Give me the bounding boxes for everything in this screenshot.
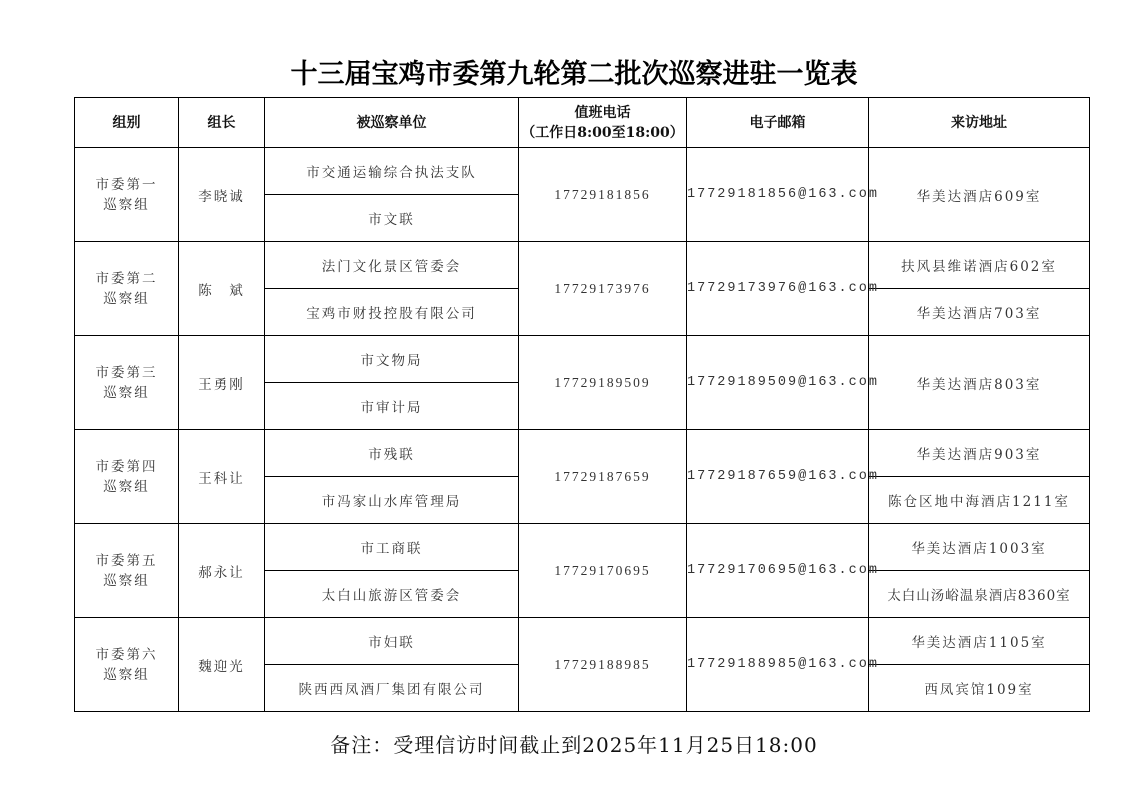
group-suffix: 巡察组 — [75, 195, 178, 215]
address-cell: 华美达酒店1105室 — [869, 618, 1090, 665]
header-address: 来访地址 — [869, 98, 1090, 148]
group-cell: 市委第三 巡察组 — [75, 336, 179, 430]
page-title: 十三届宝鸡市委第九轮第二批次巡察进驻一览表 — [0, 52, 1148, 91]
group-suffix: 巡察组 — [75, 383, 178, 403]
unit-cell: 市残联 — [265, 430, 519, 477]
leader-cell: 王科让 — [179, 430, 265, 524]
header-email: 电子邮箱 — [687, 98, 869, 148]
group-cell: 市委第一 巡察组 — [75, 148, 179, 242]
address-cell: 陈仓区地中海酒店1211室 — [869, 477, 1090, 524]
group-cell: 市委第二 巡察组 — [75, 242, 179, 336]
table-row: 市委第六 巡察组 魏迎光 市妇联 17729188985 17729188985… — [75, 618, 1090, 665]
leader-cell: 郝永让 — [179, 524, 265, 618]
address-cell: 华美达酒店903室 — [869, 430, 1090, 477]
unit-cell: 市工商联 — [265, 524, 519, 571]
unit-cell: 太白山旅游区管委会 — [265, 571, 519, 618]
header-phone: 值班电话 （工作日8:00至18:00） — [519, 98, 687, 148]
address-cell: 扶风县维诺酒店602室 — [869, 242, 1090, 289]
address-cell: 太白山汤峪温泉酒店8360室 — [869, 571, 1090, 618]
email-cell: 17729173976@163.com — [687, 242, 869, 336]
group-name: 市委第三 — [75, 363, 178, 383]
group-cell: 市委第四 巡察组 — [75, 430, 179, 524]
address-cell: 华美达酒店1003室 — [869, 524, 1090, 571]
group-suffix: 巡察组 — [75, 665, 178, 685]
leader-cell: 陈 斌 — [179, 242, 265, 336]
address-cell: 华美达酒店609室 — [869, 148, 1090, 242]
unit-cell: 宝鸡市财投控股有限公司 — [265, 289, 519, 336]
phone-cell: 17729170695 — [519, 524, 687, 618]
group-suffix: 巡察组 — [75, 477, 178, 497]
header-phone-hours: （工作日8:00至18:00） — [519, 123, 686, 143]
group-cell: 市委第六 巡察组 — [75, 618, 179, 712]
unit-cell: 市审计局 — [265, 383, 519, 430]
header-leader: 组长 — [179, 98, 265, 148]
email-cell: 17729188985@163.com — [687, 618, 869, 712]
address-cell: 华美达酒店803室 — [869, 336, 1090, 430]
email-cell: 17729189509@163.com — [687, 336, 869, 430]
leader-cell: 李晓诚 — [179, 148, 265, 242]
table-row: 市委第二 巡察组 陈 斌 法门文化景区管委会 17729173976 17729… — [75, 242, 1090, 289]
group-name: 市委第五 — [75, 551, 178, 571]
unit-cell: 市冯家山水库管理局 — [265, 477, 519, 524]
unit-cell: 市文联 — [265, 195, 519, 242]
group-name: 市委第二 — [75, 269, 178, 289]
table-row: 市委第一 巡察组 李晓诚 市交通运输综合执法支队 17729181856 177… — [75, 148, 1090, 195]
group-name: 市委第六 — [75, 645, 178, 665]
address-cell: 西凤宾馆109室 — [869, 665, 1090, 712]
unit-cell: 市交通运输综合执法支队 — [265, 148, 519, 195]
footnote: 备注：受理信访时间截止到2025年11月25日18:00 — [0, 729, 1148, 758]
phone-cell: 17729189509 — [519, 336, 687, 430]
table-row: 市委第三 巡察组 王勇刚 市文物局 17729189509 1772918950… — [75, 336, 1090, 383]
address-cell: 华美达酒店703室 — [869, 289, 1090, 336]
email-cell: 17729170695@163.com — [687, 524, 869, 618]
unit-cell: 法门文化景区管委会 — [265, 242, 519, 289]
leader-cell: 魏迎光 — [179, 618, 265, 712]
group-suffix: 巡察组 — [75, 571, 178, 591]
leader-cell: 王勇刚 — [179, 336, 265, 430]
header-row: 组别 组长 被巡察单位 值班电话 （工作日8:00至18:00） 电子邮箱 来访… — [75, 98, 1090, 148]
group-cell: 市委第五 巡察组 — [75, 524, 179, 618]
group-suffix: 巡察组 — [75, 289, 178, 309]
unit-cell: 市妇联 — [265, 618, 519, 665]
phone-cell: 17729187659 — [519, 430, 687, 524]
header-units: 被巡察单位 — [265, 98, 519, 148]
group-name: 市委第一 — [75, 175, 178, 195]
table-row: 市委第五 巡察组 郝永让 市工商联 17729170695 1772917069… — [75, 524, 1090, 571]
email-cell: 17729187659@163.com — [687, 430, 869, 524]
unit-cell: 陕西西凤酒厂集团有限公司 — [265, 665, 519, 712]
group-name: 市委第四 — [75, 457, 178, 477]
phone-cell: 17729188985 — [519, 618, 687, 712]
table-row: 市委第四 巡察组 王科让 市残联 17729187659 17729187659… — [75, 430, 1090, 477]
phone-cell: 17729173976 — [519, 242, 687, 336]
header-phone-title: 值班电话 — [519, 103, 686, 123]
header-group: 组别 — [75, 98, 179, 148]
email-cell: 17729181856@163.com — [687, 148, 869, 242]
unit-cell: 市文物局 — [265, 336, 519, 383]
phone-cell: 17729181856 — [519, 148, 687, 242]
inspection-roster-table: 组别 组长 被巡察单位 值班电话 （工作日8:00至18:00） 电子邮箱 来访… — [74, 97, 1090, 712]
